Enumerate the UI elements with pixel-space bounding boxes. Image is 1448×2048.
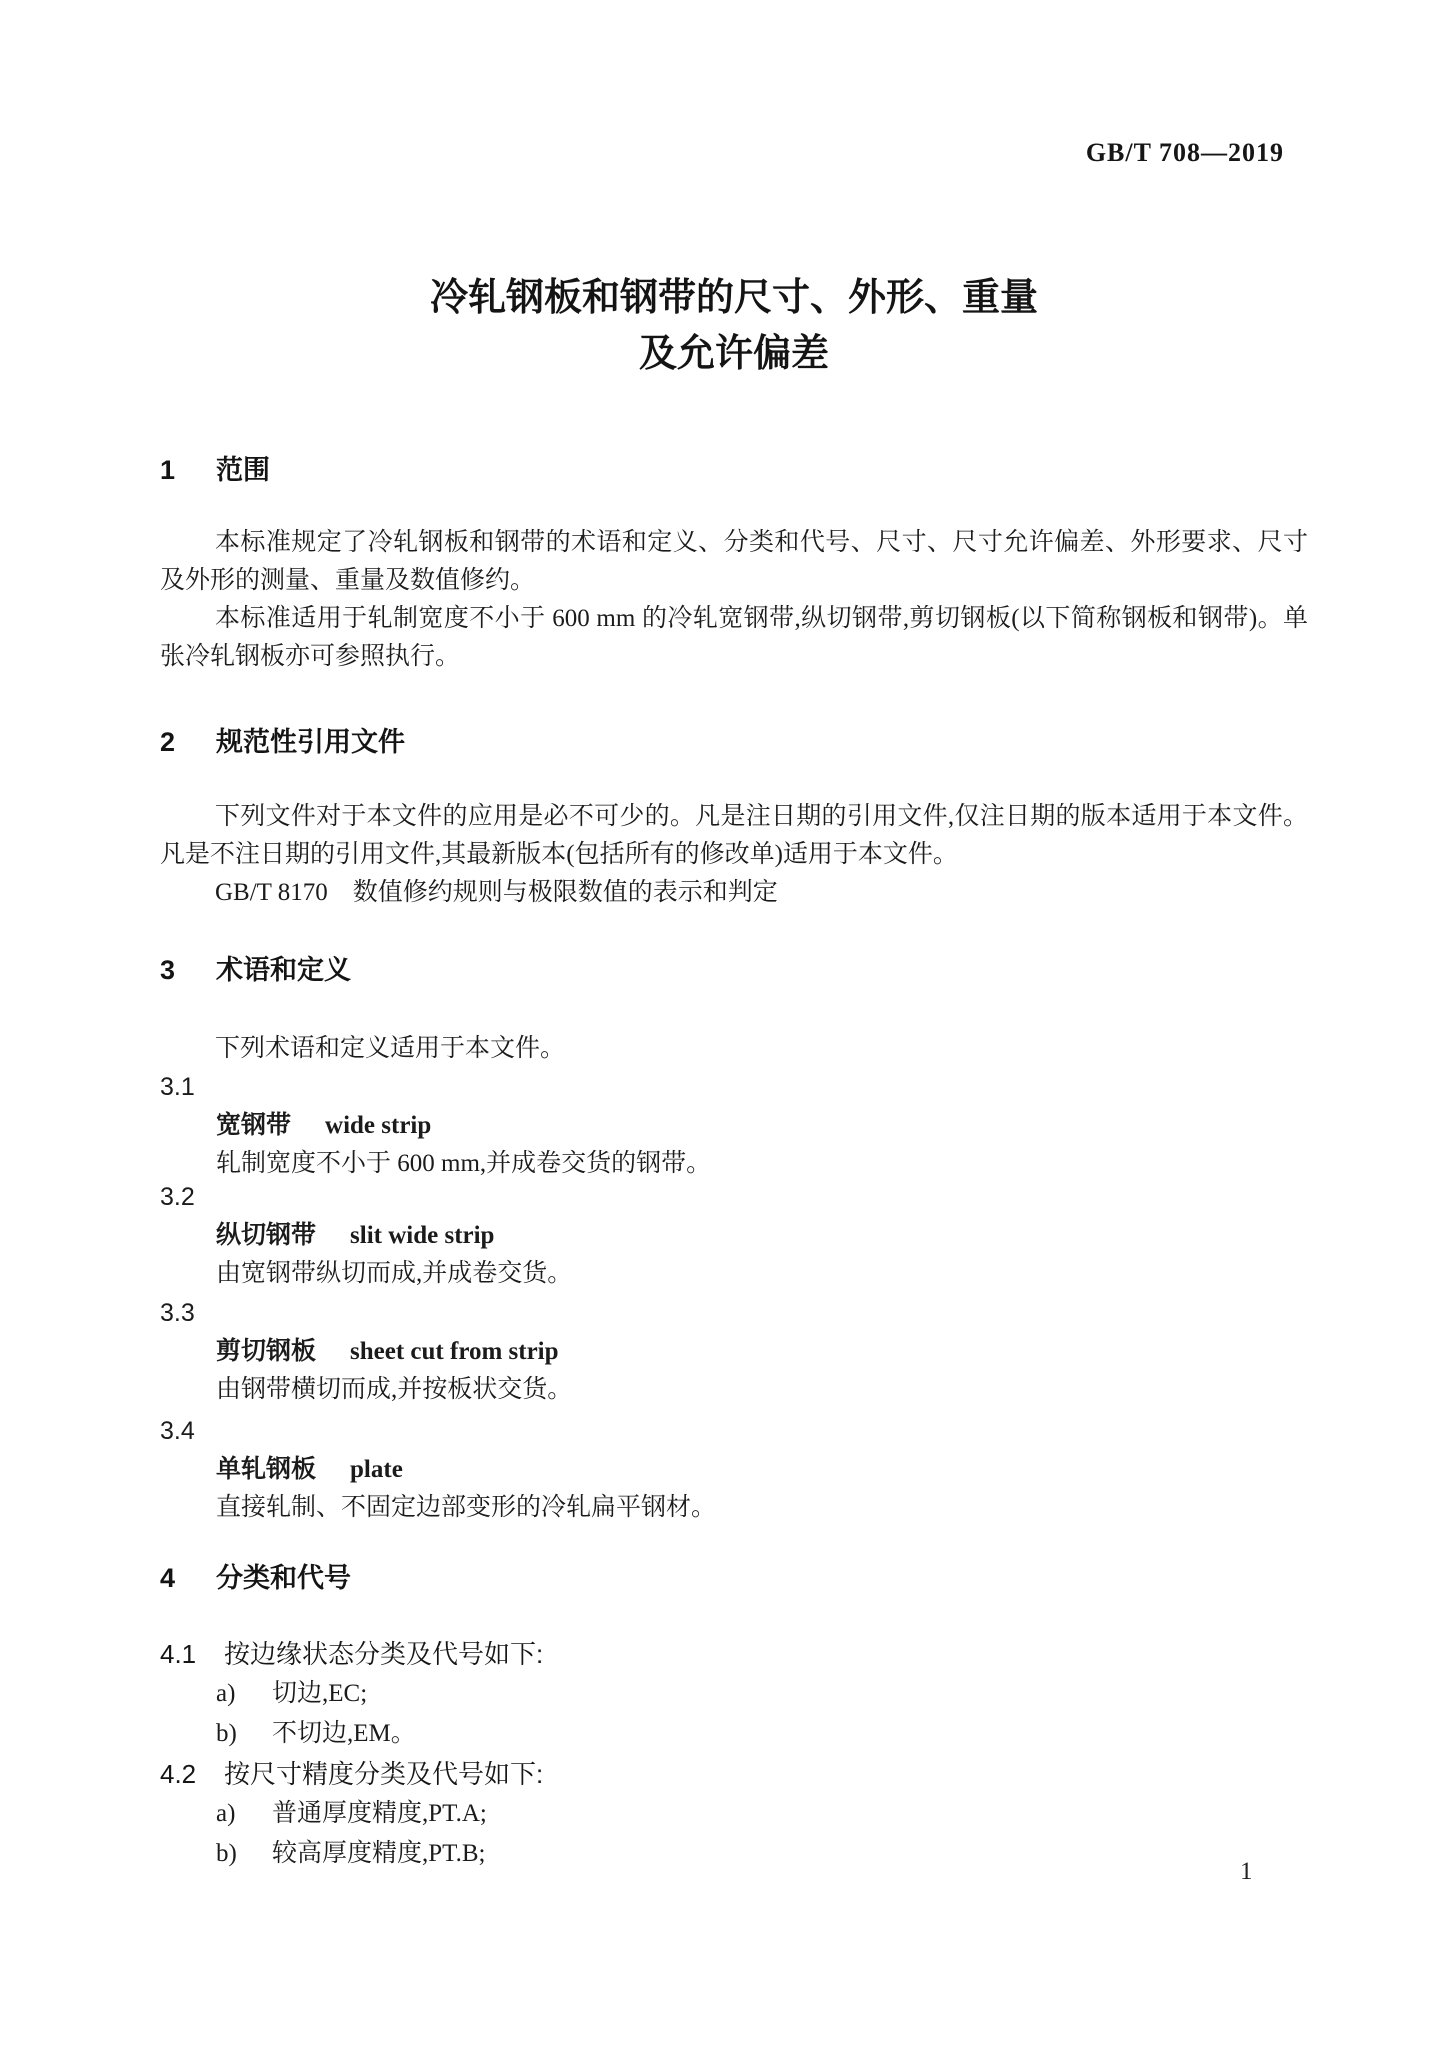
list-item-text: 普通厚度精度,PT.A; (272, 1800, 487, 1827)
term-name-line: 剪切钢板sheet cut from strip (160, 1332, 1308, 1371)
list-item: b)不切边,EM。 (160, 1714, 1308, 1754)
term-name-en: wide strip (325, 1112, 431, 1139)
document-title: 冷轧钢板和钢带的尺寸、外形、重量 及允许偏差 (160, 270, 1308, 382)
section-1-title: 范围 (216, 455, 270, 485)
page-number: 1 (1240, 1858, 1253, 1886)
terms-intro-block: 下列术语和定义适用于本文件。 (160, 1030, 1308, 1068)
term-name-en: plate (350, 1456, 403, 1483)
section-2-title: 规范性引用文件 (216, 727, 405, 757)
term-clause-number: 3.4 (160, 1412, 1308, 1450)
standard-code: GB/T 708—2019 (1086, 138, 1284, 168)
term-clause-number: 3.1 (160, 1068, 1308, 1106)
document-title-line2: 及允许偏差 (160, 326, 1308, 382)
list-item-text: 切边,EC; (272, 1680, 367, 1707)
term-name-line: 纵切钢带slit wide strip (160, 1216, 1308, 1255)
term-name-cn: 宽钢带 (216, 1111, 291, 1139)
section-3-heading: 3术语和定义 (160, 948, 351, 987)
section-2-heading: 2规范性引用文件 (160, 720, 405, 759)
term-name-en: slit wide strip (350, 1222, 494, 1249)
list-item: b)较高厚度精度,PT.B; (160, 1834, 1308, 1874)
clause-4-1: 4.1按边缘状态分类及代号如下: (160, 1634, 1308, 1674)
classification-clauses: 4.1按边缘状态分类及代号如下: a)切边,EC; b)不切边,EM。 4.2按… (160, 1634, 1308, 1874)
normative-refs-paragraphs: 下列文件对于本文件的应用是必不可少的。凡是注日期的引用文件,仅注日期的版本适用于… (160, 798, 1308, 912)
section-2-number: 2 (160, 727, 216, 758)
list-item: a)普通厚度精度,PT.A; (160, 1794, 1308, 1834)
section-3-title: 术语和定义 (216, 955, 351, 985)
terms-intro: 下列术语和定义适用于本文件。 (160, 1030, 1308, 1068)
term-block-3-4: 3.4 单轧钢板plate 直接轧制、不固定边部变形的冷轧扁平钢材。 (160, 1412, 1308, 1527)
term-definition: 由宽钢带纵切而成,并成卷交货。 (160, 1255, 1308, 1293)
section-4-number: 4 (160, 1563, 216, 1594)
clause-text: 按尺寸精度分类及代号如下: (224, 1759, 543, 1789)
term-name-line: 宽钢带wide strip (160, 1106, 1308, 1145)
reference-entry: GB/T 8170 数值修约规则与极限数值的表示和判定 (160, 874, 1308, 912)
list-marker: a) (216, 1794, 272, 1834)
section-4-title: 分类和代号 (216, 1563, 351, 1593)
scope-paragraph-1: 本标准规定了冷轧钢板和钢带的术语和定义、分类和代号、尺寸、尺寸允许偏差、外形要求… (160, 524, 1308, 600)
section-1-number: 1 (160, 455, 216, 486)
term-name-cn: 单轧钢板 (216, 1455, 316, 1483)
term-name-line: 单轧钢板plate (160, 1450, 1308, 1489)
list-item-text: 不切边,EM。 (272, 1720, 416, 1747)
term-clause-number: 3.3 (160, 1294, 1308, 1332)
list-item: a)切边,EC; (160, 1674, 1308, 1714)
section-1-heading: 1范围 (160, 448, 270, 487)
document-title-line1: 冷轧钢板和钢带的尺寸、外形、重量 (160, 270, 1308, 326)
term-clause-number: 3.2 (160, 1178, 1308, 1216)
clause-number: 4.2 (160, 1754, 224, 1794)
clause-text: 按边缘状态分类及代号如下: (224, 1639, 543, 1669)
list-marker: a) (216, 1674, 272, 1714)
document-page: GB/T 708—2019 冷轧钢板和钢带的尺寸、外形、重量 及允许偏差 1范围… (0, 0, 1448, 2048)
list-marker: b) (216, 1834, 272, 1874)
term-block-3-1: 3.1 宽钢带wide strip 轧制宽度不小于 600 mm,并成卷交货的钢… (160, 1068, 1308, 1183)
section-4-heading: 4分类和代号 (160, 1556, 351, 1595)
list-marker: b) (216, 1714, 272, 1754)
term-definition: 直接轧制、不固定边部变形的冷轧扁平钢材。 (160, 1489, 1308, 1527)
clause-number: 4.1 (160, 1634, 224, 1674)
scope-paragraphs: 本标准规定了冷轧钢板和钢带的术语和定义、分类和代号、尺寸、尺寸允许偏差、外形要求… (160, 524, 1308, 676)
term-block-3-2: 3.2 纵切钢带slit wide strip 由宽钢带纵切而成,并成卷交货。 (160, 1178, 1308, 1293)
section-3-number: 3 (160, 955, 216, 986)
term-definition: 由钢带横切而成,并按板状交货。 (160, 1371, 1308, 1409)
term-name-cn: 剪切钢板 (216, 1337, 316, 1365)
scope-paragraph-2: 本标准适用于轧制宽度不小于 600 mm 的冷轧宽钢带,纵切钢带,剪切钢板(以下… (160, 600, 1308, 676)
term-block-3-3: 3.3 剪切钢板sheet cut from strip 由钢带横切而成,并按板… (160, 1294, 1308, 1409)
term-name-cn: 纵切钢带 (216, 1221, 316, 1249)
term-name-en: sheet cut from strip (350, 1338, 559, 1365)
clause-4-2: 4.2按尺寸精度分类及代号如下: (160, 1754, 1308, 1794)
normative-refs-paragraph: 下列文件对于本文件的应用是必不可少的。凡是注日期的引用文件,仅注日期的版本适用于… (160, 798, 1308, 874)
list-item-text: 较高厚度精度,PT.B; (272, 1840, 485, 1867)
